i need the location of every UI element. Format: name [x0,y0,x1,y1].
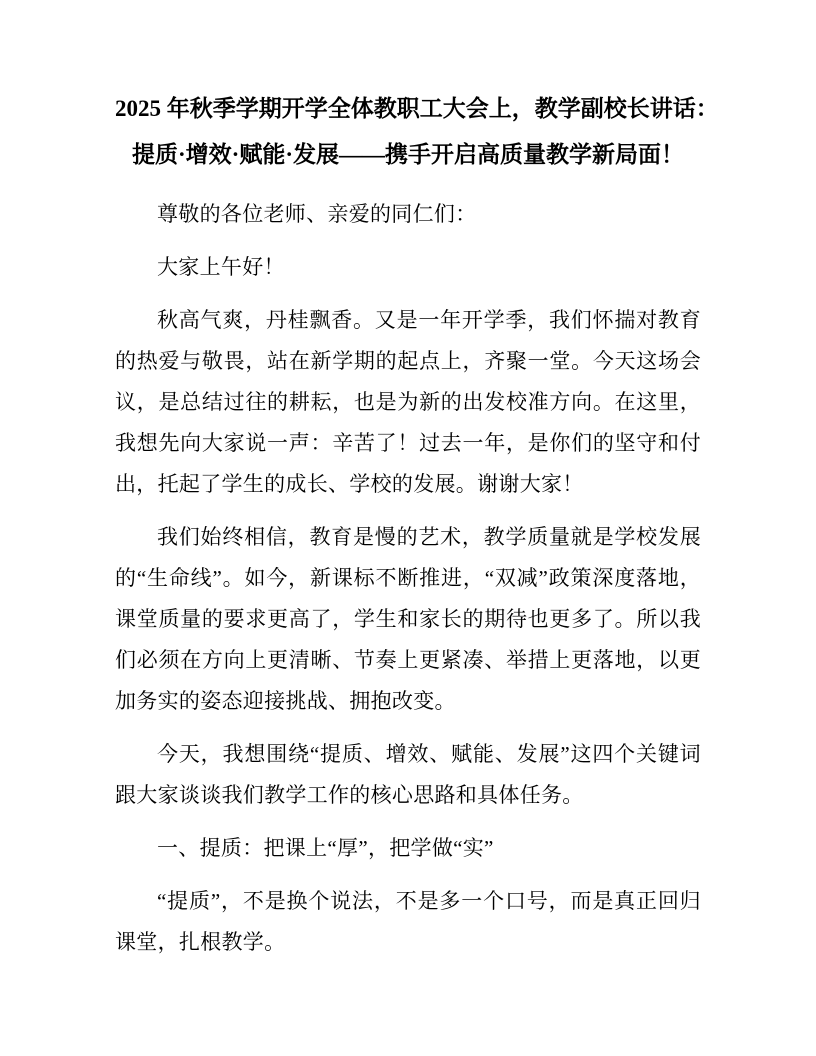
document-title-line-1: 2025 年秋季学期开学全体教职工大会上，教学副校长讲话： [115,86,701,132]
document-title-line-2: 提质·增效·赋能·发展——携手开启高质量教学新局面！ [115,132,701,178]
opening-paragraph: 秋高气爽，丹桂飘香。又是一年开学季，我们怀揣对教育的热爱与敬畏，站在新学期的起点… [115,300,701,505]
keywords-paragraph: 今天，我想围绕“提质、增效、赋能、发展”这四个关键词跟大家谈谈我们教学工作的核心… [115,734,701,816]
document-title: 2025 年秋季学期开学全体教职工大会上，教学副校长讲话： 提质·增效·赋能·发… [115,86,701,178]
section-1-paragraph: “提质”，不是换个说法，不是多一个口号，而是真正回归课堂，扎根教学。 [115,881,701,963]
salutation-paragraph: 尊敬的各位老师、亲爱的同仁们： [115,194,701,235]
belief-paragraph: 我们始终相信，教育是慢的艺术，教学质量就是学校发展的“生命线”。如今，新课标不断… [115,517,701,722]
document-page: 2025 年秋季学期开学全体教职工大会上，教学副校长讲话： 提质·增效·赋能·发… [0,0,816,1056]
section-heading-1: 一、提质：把课上“厚”，把学做“实” [115,828,701,869]
greeting-paragraph: 大家上午好！ [115,247,701,288]
